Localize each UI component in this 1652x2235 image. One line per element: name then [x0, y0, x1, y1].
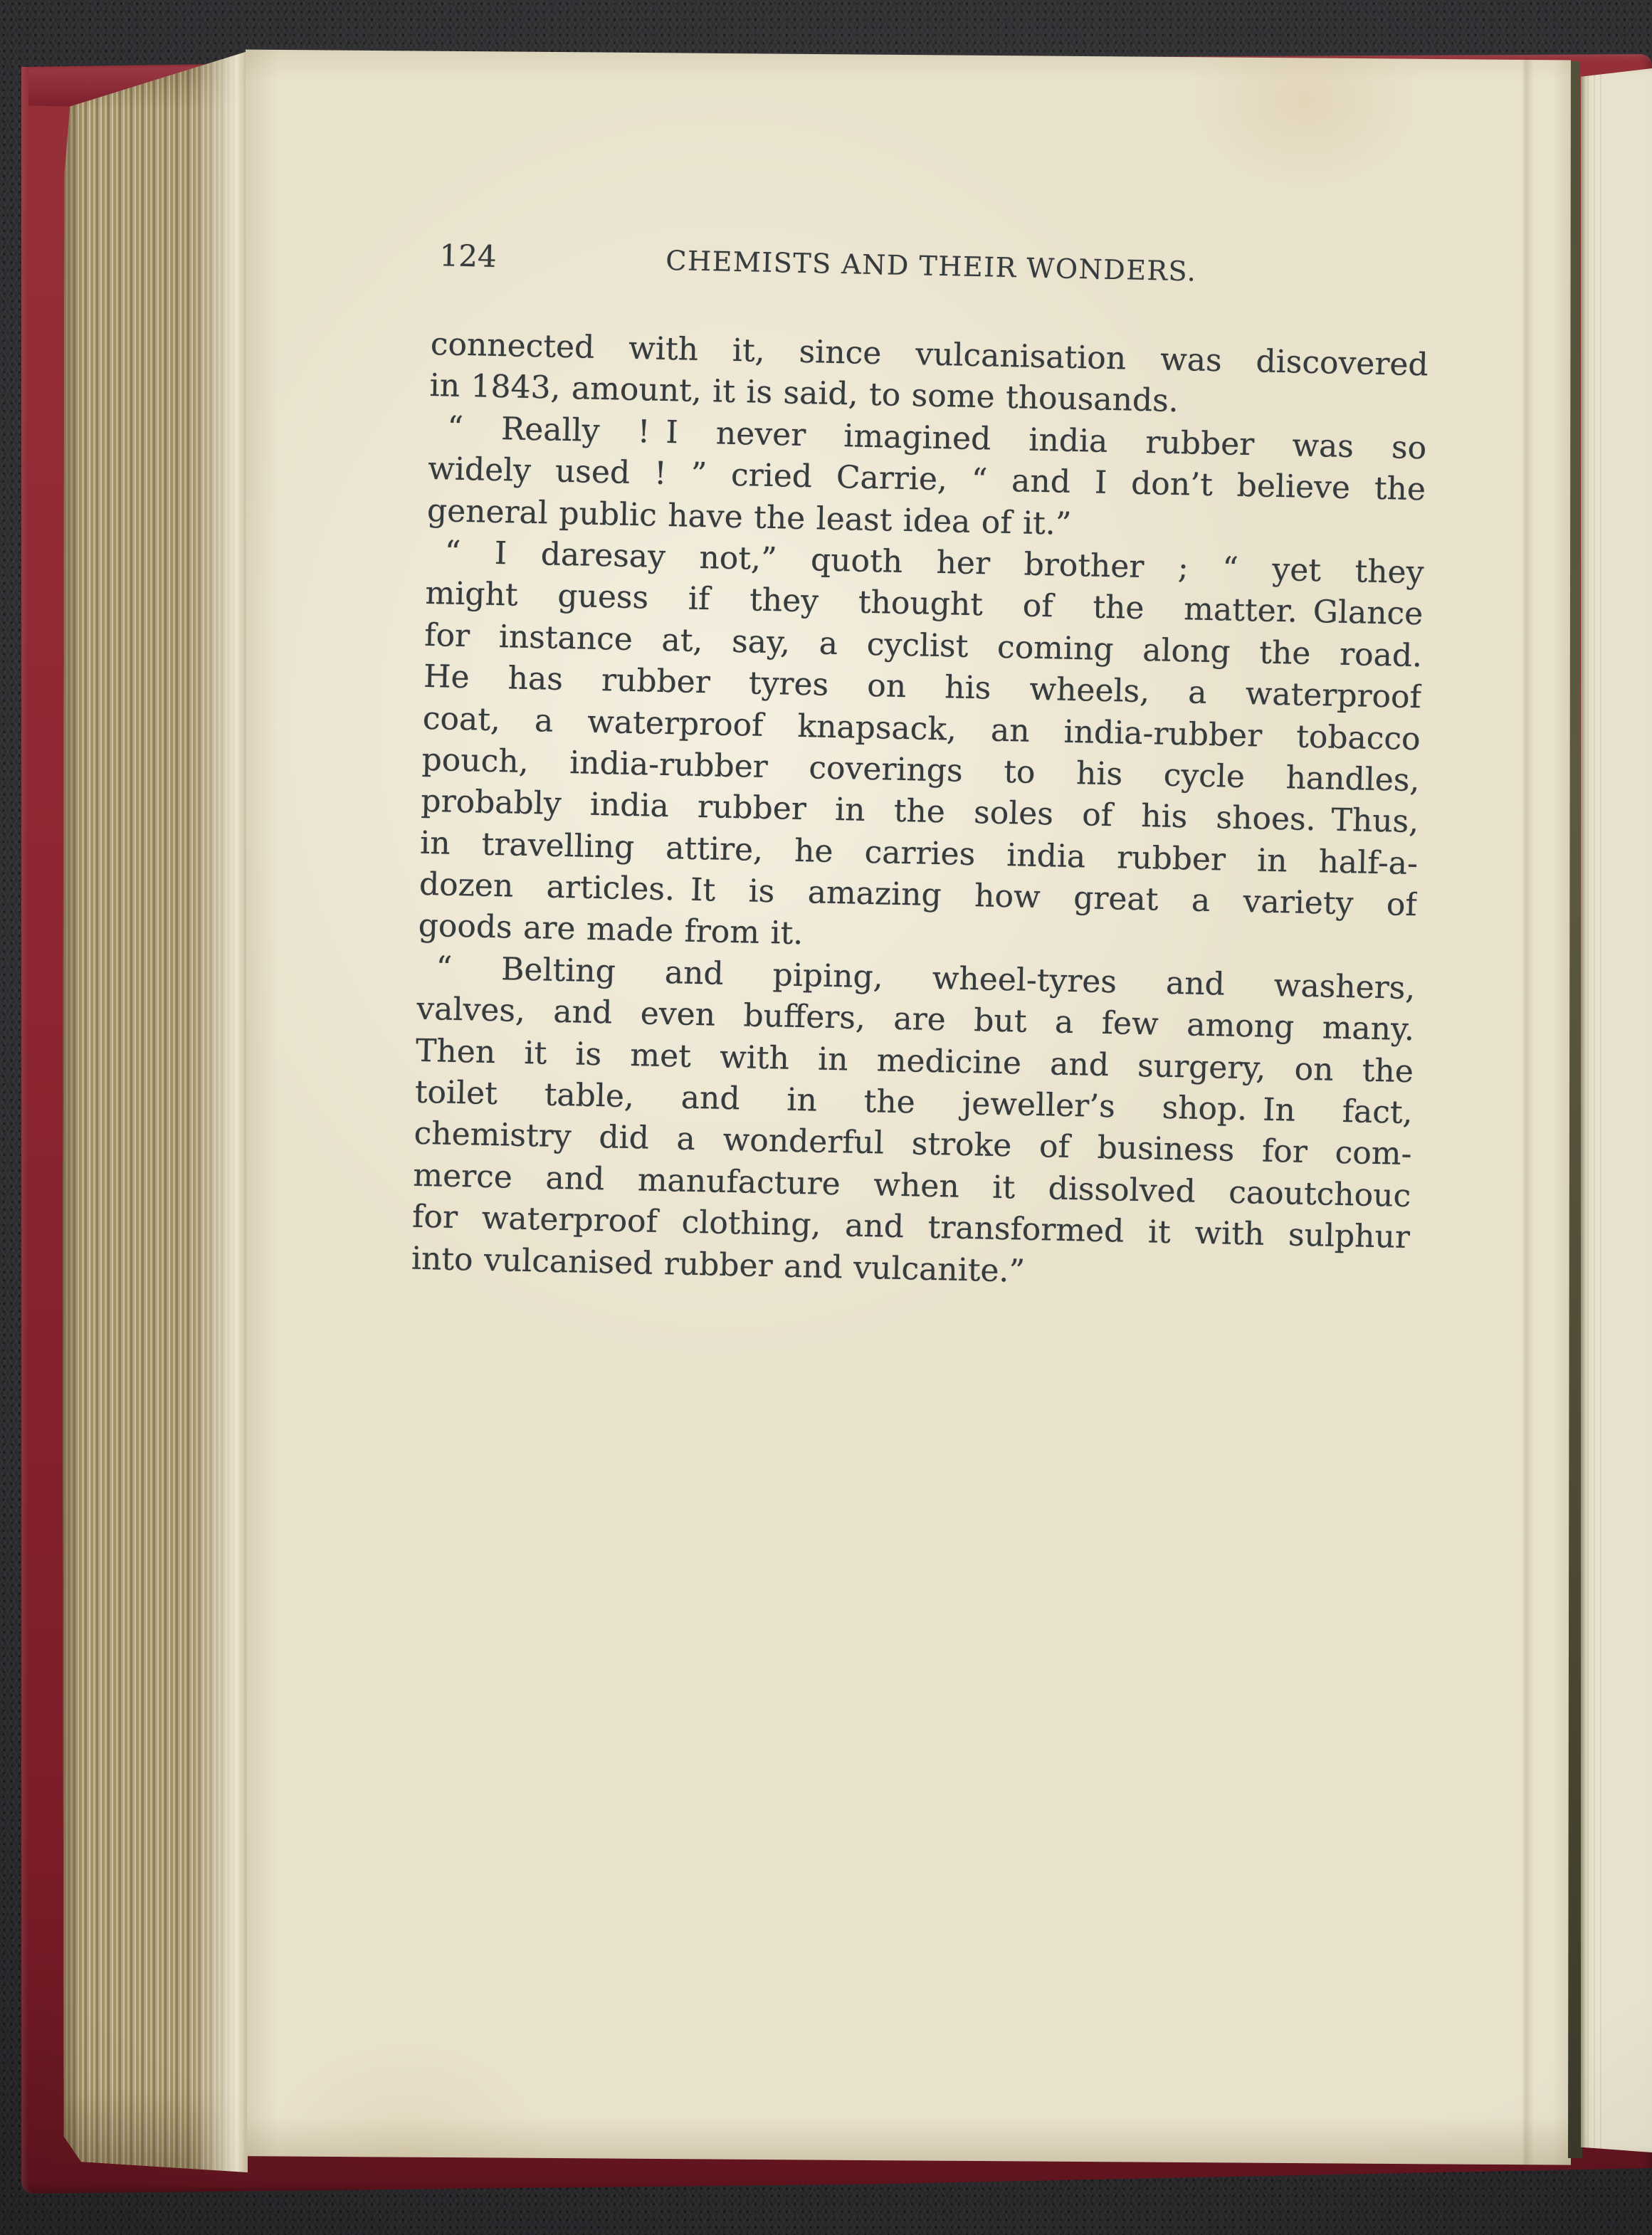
running-title: CHEMISTS AND THEIR WONDERS.: [432, 239, 1431, 293]
page-number: 124: [439, 239, 497, 273]
facing-page-edge: [1581, 68, 1652, 2152]
body-text: connected with it, since vulcanisation w…: [411, 324, 1429, 1300]
book-photo-scene: 124 CHEMISTS AND THEIR WONDERS. connecte…: [0, 0, 1652, 2235]
open-book-page: 124 CHEMISTS AND THEIR WONDERS. connecte…: [246, 47, 1571, 2167]
left-page-stack-edges: [63, 47, 248, 2172]
page-header: 124 CHEMISTS AND THEIR WONDERS.: [432, 239, 1431, 293]
printed-text-block: 124 CHEMISTS AND THEIR WONDERS. connecte…: [411, 239, 1430, 1300]
